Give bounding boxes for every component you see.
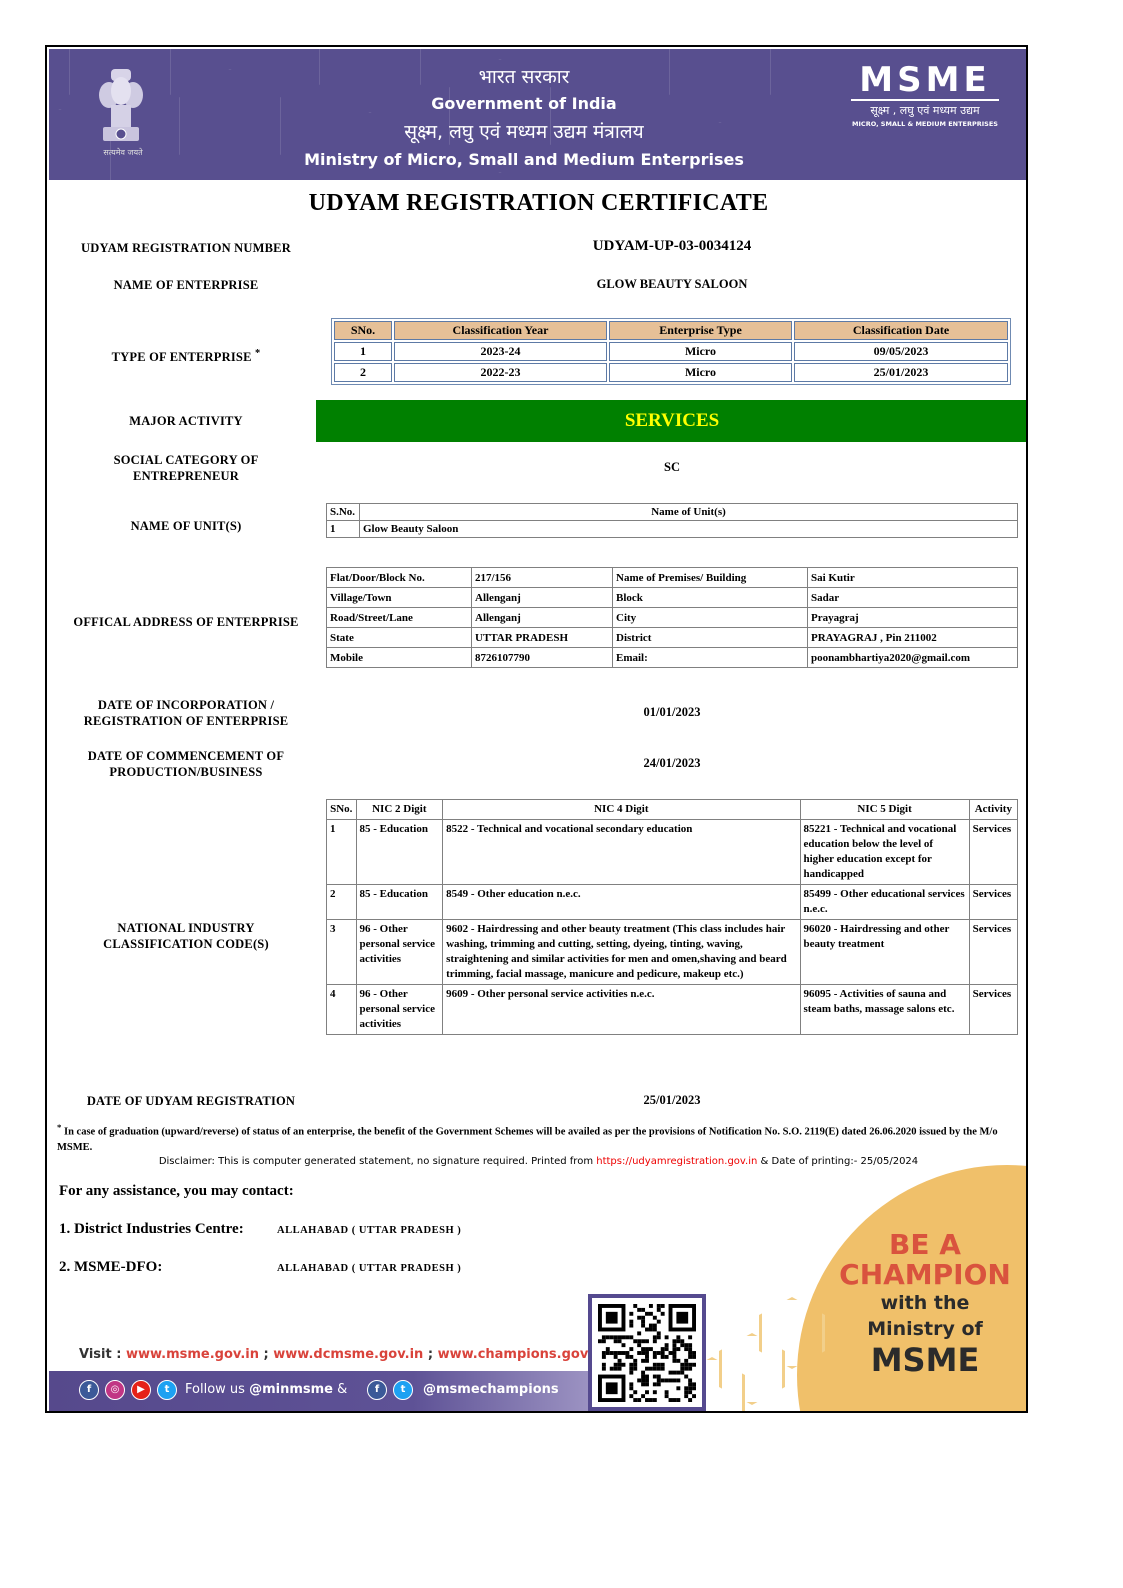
address-field-label: District: [613, 628, 808, 648]
label-line: SOCIAL CATEGORY OF: [61, 452, 311, 468]
twitter-icon[interactable]: t: [157, 1380, 177, 1400]
address-field-value: PRAYAGRAJ , Pin 211002: [808, 628, 1018, 648]
column-header: Activity: [969, 800, 1017, 820]
address-field-label: Road/Street/Lane: [327, 608, 472, 628]
certificate-page: सत्यमेव जयते भारत सरकार Government of In…: [45, 45, 1028, 1413]
separator: ;: [259, 1347, 273, 1362]
cell: 96 - Other personal service activities: [356, 985, 443, 1035]
column-header: Classification Date: [794, 321, 1008, 340]
table-row: Village/TownAllenganjBlockSadar: [327, 588, 1018, 608]
label-line: REGISTRATION OF ENTERPRISE: [61, 713, 311, 729]
column-header: Name of Unit(s): [360, 504, 1018, 521]
cell: 4: [327, 985, 357, 1035]
address-field-label: Flat/Door/Block No.: [327, 568, 472, 588]
printing-date: & Date of printing:- 25/05/2024: [757, 1156, 918, 1167]
cell: Services: [969, 985, 1017, 1035]
commencement-date-label: DATE OF COMMENCEMENT OF PRODUCTION/BUSIN…: [61, 748, 311, 780]
address-field-value: Sai Kutir: [808, 568, 1018, 588]
table-row: 496 - Other personal service activities9…: [327, 985, 1018, 1035]
nic-header-row: SNo.NIC 2 DigitNIC 4 DigitNIC 5 DigitAct…: [327, 800, 1018, 820]
cell: 1: [334, 342, 392, 361]
address-field-value: UTTAR PRADESH: [472, 628, 613, 648]
twitter-icon[interactable]: t: [393, 1380, 413, 1400]
cell: 85 - Education: [356, 885, 443, 920]
address-field-label: Village/Town: [327, 588, 472, 608]
table-row: 1 2023-24 Micro 09/05/2023: [334, 342, 1008, 361]
address-field-label: Block: [613, 588, 808, 608]
udyam-portal-link[interactable]: https://udyamregistration.gov.in: [596, 1156, 757, 1167]
dfo-contact-label: 2. MSME-DFO:: [59, 1259, 162, 1276]
champions-site-link[interactable]: www.champions.gov.in: [438, 1347, 606, 1362]
ampersand: &: [333, 1382, 347, 1397]
champion-line: Ministry of: [825, 1316, 1025, 1342]
disclaimer-text: Disclaimer: This is computer generated s…: [159, 1156, 596, 1167]
label-line: ENTREPRENEUR: [61, 468, 311, 484]
address-table: Flat/Door/Block No.217/156Name of Premis…: [326, 567, 1018, 668]
msme-logo-english: MICRO, SMALL & MEDIUM ENTERPRISES: [845, 119, 1005, 129]
cell: 9609 - Other personal service activities…: [443, 985, 800, 1035]
enterprise-type-label-text: TYPE OF ENTERPRISE: [112, 350, 252, 364]
footnote: * In case of graduation (upward/reverse)…: [57, 1120, 1019, 1155]
label-line: DATE OF INCORPORATION /: [61, 697, 311, 713]
cell: 2022-23: [394, 363, 607, 382]
udyam-registration-date-label: DATE OF UDYAM REGISTRATION: [61, 1093, 321, 1109]
cell: 2023-24: [394, 342, 607, 361]
table-row: 2 2022-23 Micro 25/01/2023: [334, 363, 1008, 382]
minmsme-handle[interactable]: @minmsme: [249, 1382, 333, 1397]
cell: 9602 - Hairdressing and other beauty tre…: [443, 920, 800, 985]
ministry-hindi: सूक्ष्म, लघु एवं मध्यम उद्यम मंत्रालय: [299, 117, 749, 147]
facebook-icon[interactable]: f: [79, 1380, 99, 1400]
cell: Services: [969, 920, 1017, 985]
column-header: SNo.: [327, 800, 357, 820]
msme-site-link[interactable]: www.msme.gov.in: [126, 1347, 259, 1362]
incorporation-date-label: DATE OF INCORPORATION / REGISTRATION OF …: [61, 697, 311, 729]
table-row: 396 - Other personal service activities9…: [327, 920, 1018, 985]
gov-english: Government of India: [299, 91, 749, 117]
cell: 25/01/2023: [794, 363, 1008, 382]
nic-table: SNo.NIC 2 DigitNIC 4 DigitNIC 5 DigitAct…: [326, 799, 1018, 1035]
footnote-asterisk: *: [255, 348, 260, 359]
follow-text: Follow us @minmsme &: [185, 1382, 347, 1397]
msme-logo: MSME सूक्ष्म , लघु एवं मध्यम उद्यम MICRO…: [845, 63, 1005, 129]
column-header: Enterprise Type: [609, 321, 792, 340]
assistance-title: For any assistance, you may contact:: [59, 1183, 294, 1200]
column-header: SNo.: [334, 321, 392, 340]
column-header: S.No.: [327, 504, 360, 521]
instagram-icon[interactable]: ◎: [105, 1380, 125, 1400]
cell: Micro: [609, 342, 792, 361]
unit-names-table: S.No. Name of Unit(s) 1 Glow Beauty Salo…: [326, 503, 1018, 538]
qr-code-icon: [598, 1304, 696, 1402]
registration-number-label: UDYAM REGISTRATION NUMBER: [61, 240, 311, 256]
dcmsme-site-link[interactable]: www.dcmsme.gov.in: [273, 1347, 423, 1362]
commencement-date-value: 24/01/2023: [317, 756, 1027, 771]
cell: 96 - Other personal service activities: [356, 920, 443, 985]
cell: Glow Beauty Saloon: [360, 521, 1018, 538]
cell: 09/05/2023: [794, 342, 1008, 361]
address-field-label: Name of Premises/ Building: [613, 568, 808, 588]
ministry-english: Ministry of Micro, Small and Medium Ente…: [299, 147, 749, 173]
certificate-title: UDYAM REGISTRATION CERTIFICATE: [47, 190, 1028, 217]
msme-logo-mark: MSME: [845, 63, 1005, 97]
table-row: 285 - Education8549 - Other education n.…: [327, 885, 1018, 920]
national-emblem-icon: [97, 67, 145, 153]
enterprise-name-value: GLOW BEAUTY SALOON: [317, 277, 1027, 292]
table-row: 1 Glow Beauty Saloon: [327, 521, 1018, 538]
cell: 85 - Education: [356, 820, 443, 885]
qr-code: [588, 1294, 706, 1411]
dic-contact-label: 1. District Industries Centre:: [59, 1221, 244, 1238]
champion-text: BE A CHAMPION with the Ministry of MSME: [825, 1230, 1025, 1378]
cell: 96020 - Hairdressing and other beauty tr…: [800, 920, 969, 985]
cell: 8522 - Technical and vocational secondar…: [443, 820, 800, 885]
cell: 85499 - Other educational services n.e.c…: [800, 885, 969, 920]
msmechampions-handle[interactable]: @msmechampions: [423, 1382, 559, 1397]
address-field-value: Sadar: [808, 588, 1018, 608]
dfo-contact-value: ALLAHABAD ( UTTAR PRADESH ): [277, 1263, 461, 1274]
table-row: Road/Street/LaneAllenganjCityPrayagraj: [327, 608, 1018, 628]
address-field-value: poonambhartiya2020@gmail.com: [808, 648, 1018, 668]
unit-header-row: S.No. Name of Unit(s): [327, 504, 1018, 521]
champion-line: with the: [825, 1290, 1025, 1316]
social-category-label: SOCIAL CATEGORY OF ENTREPRENEUR: [61, 452, 311, 484]
unit-names-label: NAME OF UNIT(S): [61, 518, 311, 534]
classification-table: SNo. Classification Year Enterprise Type…: [331, 318, 1011, 385]
major-activity-label: MAJOR ACTIVITY: [61, 413, 311, 429]
enterprise-type-label: TYPE OF ENTERPRISE *: [61, 346, 311, 365]
table-row: StateUTTAR PRADESHDistrictPRAYAGRAJ , Pi…: [327, 628, 1018, 648]
cell: 3: [327, 920, 357, 985]
dic-contact-value: ALLAHABAD ( UTTAR PRADESH ): [277, 1225, 461, 1236]
champion-line: CHAMPION: [825, 1260, 1025, 1290]
visit-links: Visit : www.msme.gov.in ; www.dcmsme.gov…: [79, 1347, 606, 1362]
cell: Services: [969, 885, 1017, 920]
gov-hindi: भारत सरकार: [299, 63, 749, 91]
major-activity-value: SERVICES: [316, 400, 1028, 442]
msme-logo-hindi: सूक्ष्म , लघु एवं मध्यम उद्यम: [845, 103, 1005, 119]
header-banner: सत्यमेव जयते भारत सरकार Government of In…: [49, 49, 1026, 180]
cell: 85221 - Technical and vocational educati…: [800, 820, 969, 885]
nic-label: NATIONAL INDUSTRY CLASSIFICATION CODE(S): [61, 920, 311, 952]
registration-number-value: UDYAM-UP-03-0034124: [317, 238, 1027, 255]
separator: ;: [423, 1347, 437, 1362]
column-header: NIC 5 Digit: [800, 800, 969, 820]
cell: Micro: [609, 363, 792, 382]
cell: 1: [327, 521, 360, 538]
address-field-value: 217/156: [472, 568, 613, 588]
cell: 96095 - Activities of sauna and steam ba…: [800, 985, 969, 1035]
social-category-value: SC: [317, 460, 1027, 475]
address-field-value: Allenganj: [472, 608, 613, 628]
youtube-icon[interactable]: ▶: [131, 1380, 151, 1400]
address-field-value: Allenganj: [472, 588, 613, 608]
facebook-icon[interactable]: f: [367, 1380, 387, 1400]
table-row: Flat/Door/Block No.217/156Name of Premis…: [327, 568, 1018, 588]
address-field-value: Prayagraj: [808, 608, 1018, 628]
footnote-marker: *: [57, 1122, 61, 1132]
visit-label: Visit :: [79, 1347, 126, 1362]
champion-line: MSME: [825, 1342, 1025, 1378]
address-field-label: Email:: [613, 648, 808, 668]
footnote-text: In case of graduation (upward/reverse) o…: [57, 1127, 998, 1153]
table-row: Mobile8726107790Email:poonambhartiya2020…: [327, 648, 1018, 668]
label-line: NATIONAL INDUSTRY: [61, 920, 311, 936]
cell: 2: [327, 885, 357, 920]
address-field-label: Mobile: [327, 648, 472, 668]
official-address-label: OFFICAL ADDRESS OF ENTERPRISE: [61, 614, 311, 630]
classification-header-row: SNo. Classification Year Enterprise Type…: [334, 321, 1008, 340]
column-header: Classification Year: [394, 321, 607, 340]
address-field-value: 8726107790: [472, 648, 613, 668]
enterprise-name-label: NAME OF ENTERPRISE: [61, 277, 311, 293]
label-line: CLASSIFICATION CODE(S): [61, 936, 311, 952]
column-header: NIC 2 Digit: [356, 800, 443, 820]
column-header: NIC 4 Digit: [443, 800, 800, 820]
government-heading: भारत सरकार Government of India सूक्ष्म, …: [299, 63, 749, 173]
champion-line: BE A: [825, 1230, 1025, 1260]
incorporation-date-value: 01/01/2023: [317, 705, 1027, 720]
address-field-label: City: [613, 608, 808, 628]
label-line: DATE OF COMMENCEMENT OF: [61, 748, 311, 764]
follow-prefix: Follow us: [185, 1382, 249, 1397]
disclaimer: Disclaimer: This is computer generated s…: [47, 1156, 1028, 1167]
emblem-motto: सत्यमेव जयते: [83, 147, 163, 158]
cell: 2: [334, 363, 392, 382]
social-follow-bar: f ◎ ▶ t Follow us @minmsme & f t @msmech…: [49, 1371, 609, 1411]
cell: Services: [969, 820, 1017, 885]
address-field-label: State: [327, 628, 472, 648]
label-line: PRODUCTION/BUSINESS: [61, 764, 311, 780]
table-row: 185 - Education8522 - Technical and voca…: [327, 820, 1018, 885]
udyam-registration-date-value: 25/01/2023: [317, 1093, 1027, 1108]
cell: 8549 - Other education n.e.c.: [443, 885, 800, 920]
cell: 1: [327, 820, 357, 885]
